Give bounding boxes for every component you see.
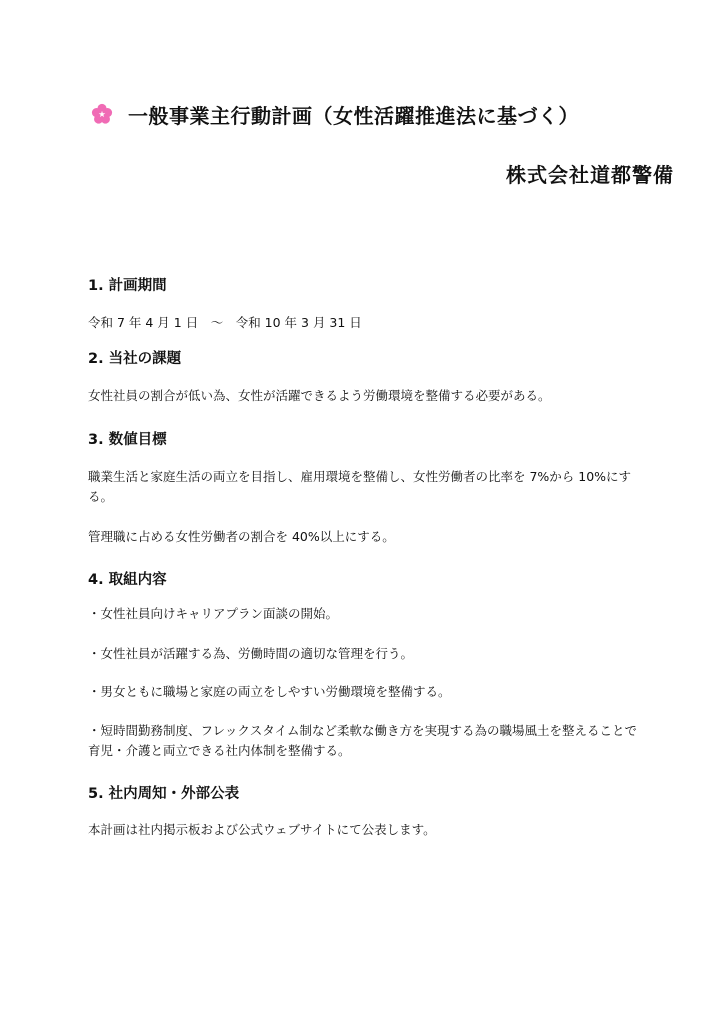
section-heading-issues: 2. 当社の課題	[88, 347, 181, 368]
section-heading-plan-period: 1. 計画期間	[88, 274, 167, 295]
company-name: 株式会社道都警備	[506, 159, 674, 188]
plan-period-text: 令和 7 年 4 月 1 日 ～ 令和 10 年 3 月 31 日	[88, 313, 362, 333]
target-text-ratio: 職業生活と家庭生活の両立を目指し、雇用環境を整備し、女性労働者の比率を 7%から…	[88, 467, 648, 507]
document-title: 一般事業主行動計画（女性活躍推進法に基づく）	[128, 100, 579, 129]
section-heading-initiatives: 4. 取組内容	[88, 568, 167, 589]
sakura-flower-icon	[91, 103, 113, 125]
initiative-item: ・女性社員向けキャリアプラン面談の開始。	[88, 604, 338, 624]
publication-text: 本計画は社内掲示板および公式ウェブサイトにて公表します。	[88, 820, 436, 840]
section-heading-targets: 3. 数値目標	[88, 428, 167, 449]
section-heading-publication: 5. 社内周知・外部公表	[88, 782, 239, 803]
initiative-item: ・短時間勤務制度、フレックスタイム制など柔軟な働き方を実現する為の職場風土を整え…	[88, 721, 648, 761]
initiative-item: ・女性社員が活躍する為、労働時間の適切な管理を行う。	[88, 644, 413, 664]
issues-text: 女性社員の割合が低い為、女性が活躍できるよう労働環境を整備する必要がある。	[88, 386, 551, 406]
initiative-item: ・男女ともに職場と家庭の両立をしやすい労働環境を整備する。	[88, 682, 451, 702]
target-text-management: 管理職に占める女性労働者の割合を 40%以上にする。	[88, 527, 395, 547]
